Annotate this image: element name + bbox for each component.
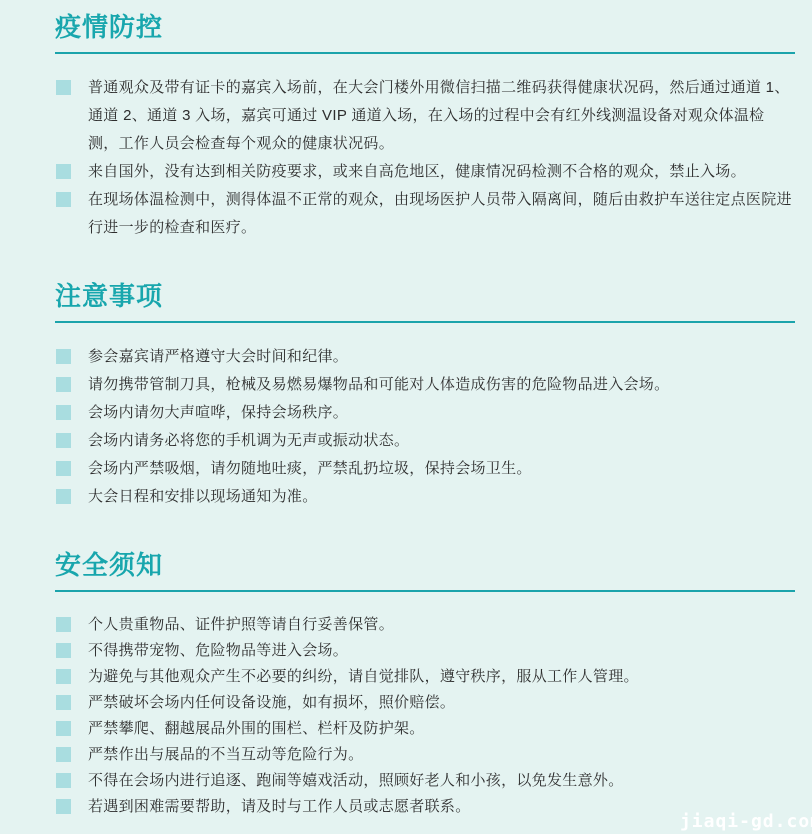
bullet-square-icon: [56, 377, 71, 392]
list-item-text: 个人贵重物品、证件护照等请自行妥善保管。: [88, 616, 394, 633]
list-item: 不得携带宠物、危险物品等进入会场。: [55, 638, 795, 664]
bullet-square-icon: [56, 643, 71, 658]
section-notes: 注意事项 参会嘉宾请严格遵守大会时间和纪律。 请勿携带管制刀具，枪械及易燃易爆物…: [55, 282, 795, 511]
list-item: 严禁攀爬、翻越展品外围的围栏、栏杆及防护架。: [55, 716, 795, 742]
bullet-square-icon: [56, 80, 71, 95]
list-item: 严禁作出与展品的不当互动等危险行为。: [55, 742, 795, 768]
epidemic-list: 普通观众及带有证卡的嘉宾入场前，在大会门楼外用微信扫描二维码获得健康状况码，然后…: [55, 74, 795, 242]
bullet-square-icon: [56, 405, 71, 420]
list-item: 不得在会场内进行追逐、跑闹等嬉戏活动，照顾好老人和小孩，以免发生意外。: [55, 768, 795, 794]
section-title-notes: 注意事项: [55, 282, 795, 310]
bullet-square-icon: [56, 192, 71, 207]
list-item-text: 会场内请勿大声喧哗，保持会场秩序。: [88, 404, 348, 421]
page-content: 疫情防控 普通观众及带有证卡的嘉宾入场前，在大会门楼外用微信扫描二维码获得健康状…: [55, 13, 795, 820]
list-item-text: 严禁作出与展品的不当互动等危险行为。: [88, 746, 363, 763]
bullet-square-icon: [56, 164, 71, 179]
list-item-text: 会场内请务必将您的手机调为无声或振动状态。: [88, 432, 409, 449]
list-item-text: 请勿携带管制刀具，枪械及易燃易爆物品和可能对人体造成伤害的危险物品进入会场。: [88, 376, 669, 393]
section-epidemic-prevention: 疫情防控 普通观众及带有证卡的嘉宾入场前，在大会门楼外用微信扫描二维码获得健康状…: [55, 13, 795, 242]
list-item: 为避免与其他观众产生不必要的纠纷，请自觉排队，遵守秩序，服从工作人管理。: [55, 664, 795, 690]
section-divider: [55, 590, 795, 592]
list-item: 大会日程和安排以现场通知为准。: [55, 483, 795, 511]
section-title-safety: 安全须知: [55, 551, 795, 579]
list-item-text: 普通观众及带有证卡的嘉宾入场前，在大会门楼外用微信扫描二维码获得健康状况码，然后…: [88, 79, 790, 152]
bullet-square-icon: [56, 721, 71, 736]
bullet-square-icon: [56, 461, 71, 476]
list-item-text: 若遇到困难需要帮助，请及时与工作人员或志愿者联系。: [88, 798, 471, 815]
list-item: 会场内请勿大声喧哗，保持会场秩序。: [55, 399, 795, 427]
bullet-square-icon: [56, 747, 71, 762]
section-safety: 安全须知 个人贵重物品、证件护照等请自行妥善保管。 不得携带宠物、危险物品等进入…: [55, 551, 795, 820]
list-item: 来自国外，没有达到相关防疫要求，或来自高危地区，健康情况码检测不合格的观众，禁止…: [55, 158, 795, 186]
list-item: 在现场体温检测中，测得体温不正常的观众，由现场医护人员带入隔离间，随后由救护车送…: [55, 186, 795, 242]
list-item: 参会嘉宾请严格遵守大会时间和纪律。: [55, 343, 795, 371]
safety-list: 个人贵重物品、证件护照等请自行妥善保管。 不得携带宠物、危险物品等进入会场。 为…: [55, 612, 795, 820]
bullet-square-icon: [56, 695, 71, 710]
section-title-epidemic: 疫情防控: [55, 13, 795, 41]
bullet-square-icon: [56, 489, 71, 504]
section-divider: [55, 321, 795, 323]
notes-list: 参会嘉宾请严格遵守大会时间和纪律。 请勿携带管制刀具，枪械及易燃易爆物品和可能对…: [55, 343, 795, 511]
list-item: 个人贵重物品、证件护照等请自行妥善保管。: [55, 612, 795, 638]
list-item-text: 大会日程和安排以现场通知为准。: [88, 488, 318, 505]
list-item: 请勿携带管制刀具，枪械及易燃易爆物品和可能对人体造成伤害的危险物品进入会场。: [55, 371, 795, 399]
bullet-square-icon: [56, 617, 71, 632]
list-item-text: 严禁破坏会场内任何设备设施，如有损坏，照价赔偿。: [88, 694, 455, 711]
list-item-text: 参会嘉宾请严格遵守大会时间和纪律。: [88, 348, 348, 365]
list-item-text: 严禁攀爬、翻越展品外围的围栏、栏杆及防护架。: [88, 720, 425, 737]
list-item: 会场内请务必将您的手机调为无声或振动状态。: [55, 427, 795, 455]
section-divider: [55, 52, 795, 54]
list-item: 会场内严禁吸烟，请勿随地吐痰，严禁乱扔垃圾，保持会场卫生。: [55, 455, 795, 483]
list-item: 普通观众及带有证卡的嘉宾入场前，在大会门楼外用微信扫描二维码获得健康状况码，然后…: [55, 74, 795, 158]
list-item-text: 为避免与其他观众产生不必要的纠纷，请自觉排队，遵守秩序，服从工作人管理。: [88, 668, 639, 685]
bullet-square-icon: [56, 349, 71, 364]
list-item: 严禁破坏会场内任何设备设施，如有损坏，照价赔偿。: [55, 690, 795, 716]
watermark: jiaqi-gd.com: [680, 811, 812, 832]
list-item-text: 不得携带宠物、危险物品等进入会场。: [88, 642, 348, 659]
bullet-square-icon: [56, 433, 71, 448]
list-item-text: 会场内严禁吸烟，请勿随地吐痰，严禁乱扔垃圾，保持会场卫生。: [88, 460, 532, 477]
bullet-square-icon: [56, 773, 71, 788]
bullet-square-icon: [56, 799, 71, 814]
bullet-square-icon: [56, 669, 71, 684]
list-item-text: 不得在会场内进行追逐、跑闹等嬉戏活动，照顾好老人和小孩，以免发生意外。: [88, 772, 624, 789]
list-item-text: 在现场体温检测中，测得体温不正常的观众，由现场医护人员带入隔离间，随后由救护车送…: [88, 191, 792, 236]
list-item-text: 来自国外，没有达到相关防疫要求，或来自高危地区，健康情况码检测不合格的观众，禁止…: [88, 163, 746, 180]
page: { "sections": [ { "title": "疫情防控", "item…: [0, 0, 812, 834]
